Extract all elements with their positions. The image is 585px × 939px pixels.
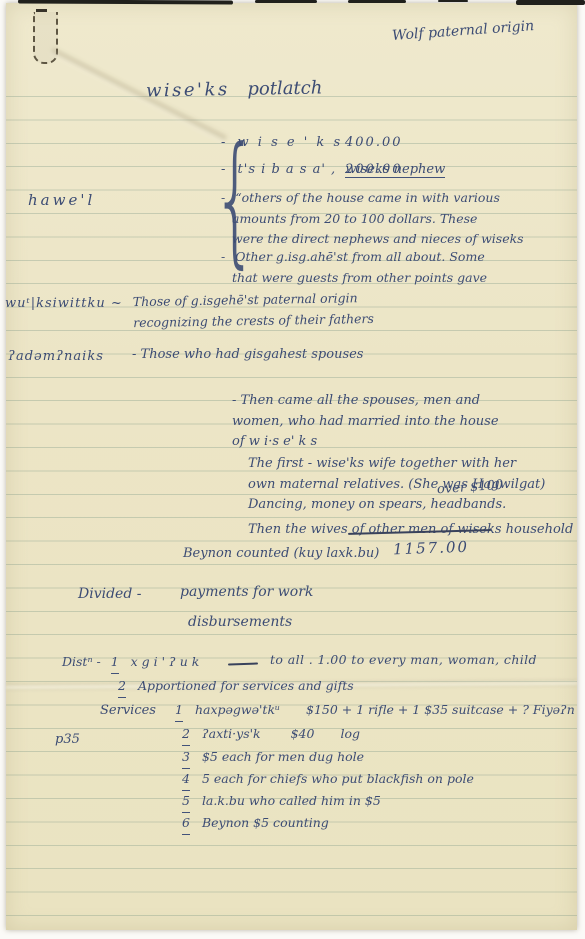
bullet-dash: - [221,190,225,205]
contrib-row-1: - w i s e ' k s [221,133,343,154]
service-item-4: 4 5 each for chiefs who put blackfish on… [182,769,474,791]
torn-edge-segment [255,0,317,3]
service-name: ʔaxti·ys'k [202,726,261,741]
services-label: Services [100,701,156,722]
contrib-line-text: amounts from 20 to 100 dollars. These [232,209,524,230]
margin-label-hawel: hawe'l [28,190,95,211]
contrib-line-text: that were guests from other points gave [232,268,487,289]
staple-mark-top [36,9,47,12]
margin-label-wutksiwittku: wuᵗ|ksiwittku ~ [5,294,123,315]
torn-edge-segment [348,0,406,3]
contrib-line: - “others of the house came in with vari… [221,188,524,209]
item-number: 1 [175,700,183,722]
title-word-2: potlatch [247,77,322,99]
divided-label: Divided - [78,584,141,605]
contrib-name: t's i b a s a' , [238,162,337,177]
margin-label-adamnaiks: ʔadəmʔnaiks [8,347,104,368]
item-number: 4 [182,769,190,791]
spouses-note: - Those who had gisgahest spouses [132,345,363,366]
note-line: of w i·s e' k s [232,432,499,453]
note-line: The first - wise'ks wife together with h… [248,454,545,475]
contrib-row-4: - Other g.isg.ahē'st from all about. Som… [221,247,487,288]
contrib-amount-2: 200.00 [345,160,403,181]
married-in-note: - Then came all the spouses, men and wom… [232,391,499,453]
distribution-to-all: to all . 1.00 to every man, woman, child [270,650,537,671]
contrib-row-3: - “others of the house came in with vari… [221,188,524,250]
page-title: wise'ks potlatch [146,78,323,102]
service-extra: log [340,726,360,741]
distribution-term: x g i ' ʔ u k [131,654,200,669]
torn-edge-segment [516,0,585,5]
service-item-1: 1 haxpəgwə'tkᵘ $150 + 1 rifle + 1 $35 su… [175,700,575,722]
service-name: haxpəgwə'tkᵘ [195,702,280,717]
service-detail: la.k.bu who called him in $5 [202,793,381,808]
note-line: - Then came all the spouses, men and [232,391,499,412]
note-line: women, who had married into the house [232,412,499,433]
item-number: 1 [111,652,119,674]
bullet-dash: - [221,249,225,264]
item-number: 2 [182,724,190,746]
contrib-line-text: “others of the house came in with variou… [235,190,500,205]
margin-note-p35: p35 [55,730,80,751]
service-detail: 5 each for chiefs who put blackfish on p… [202,771,474,786]
bullet-dash: - [221,135,225,150]
service-amount: $40 [291,726,315,741]
service-detail: Beynon $5 counting [202,815,329,830]
total-caption: Beynon counted (kuy laxk.bu) [183,544,379,565]
item-number: 6 [182,813,190,835]
service-detail: $5 each for men dug hole [202,749,364,764]
total-amount: 1157.00 [393,537,470,560]
service-item-3: 3 $5 each for men dug hole [182,747,364,769]
contrib-line-text: Other g.isg.ahē'st from all about. Some [235,249,485,264]
divided-line-1: payments for work [180,582,313,603]
service-detail: $150 + 1 rifle + 1 $35 suitcase + ? Fiyə… [306,702,575,717]
paternal-origin-note: Those of g.isgehē'st paternal origin rec… [133,288,374,333]
service-item-2: 2 ʔaxti·ys'k $40 log [182,724,360,746]
divided-line-2: disbursements [188,612,292,633]
contrib-name: w i s e ' k s [238,135,343,150]
torn-edge-segment [438,0,468,2]
bullet-dash: - [221,162,225,177]
distribution-apportioned: Apportioned for services and gifts [138,678,354,693]
distribution-line-2: 2 Apportioned for services and gifts [118,676,354,698]
item-number: 2 [118,676,126,698]
contrib-amount-1: 400.00 [345,133,403,154]
distribution-line-1: Distⁿ - 1 x g i ' ʔ u k [62,652,199,674]
contrib-line: - Other g.isg.ahē'st from all about. Som… [221,247,487,268]
note-line: recognizing the crests of their fathers [133,308,374,333]
service-item-6: 6 Beynon $5 counting [182,813,329,835]
title-word-1: wise'ks [146,79,230,101]
note-line: Dancing, money on spears, headbands. [248,495,545,516]
item-number: 3 [182,747,190,769]
item-number: 5 [182,791,190,813]
contrib-row-2: - t's i b a s a' , wiseks nephew [221,160,445,181]
distribution-label: Distⁿ - [62,654,101,669]
service-item-5: 5 la.k.bu who called him in $5 [182,791,381,813]
